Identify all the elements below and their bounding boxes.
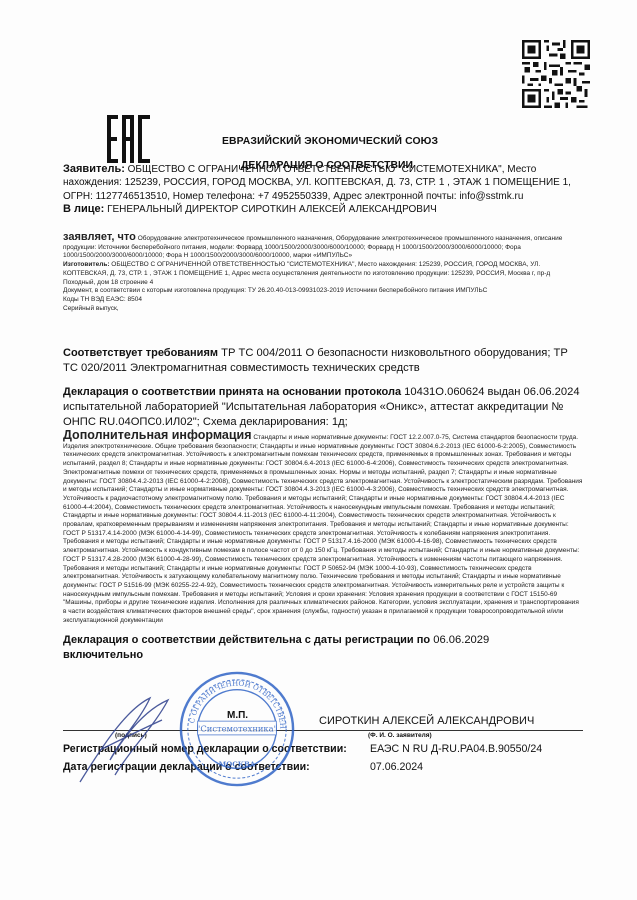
validity-suffix: включительно (63, 649, 143, 661)
applicant-text: ОБЩЕСТВО С ОГРАНИЧЕННОЙ ОТВЕТСТВЕННОСТЬЮ… (63, 164, 571, 202)
registration-number: ЕАЭС N RU Д-RU.PA04.B.90550/24 (370, 743, 542, 755)
name-caption: (Ф. И. О. заявителя) (368, 732, 432, 739)
protocol-section: Декларация о соответствии принята на осн… (63, 385, 583, 430)
qr-code-icon (522, 40, 590, 108)
product-description: Оборудование электротехническое промышле… (63, 235, 562, 259)
registration-date: 07.06.2024 (370, 761, 423, 773)
serial-release: Серийный выпуск, (63, 305, 119, 312)
manufacturing-document: Документ, в соответствии с которым изгот… (63, 287, 487, 294)
svg-text:МОСКВА: МОСКВА (219, 760, 256, 768)
company-seal-icon: С ОГРАНИЧЕННОЙ ОТВЕТСТВЕННОСТЬЮ "Системо… (178, 670, 296, 788)
declaration-page: ЕВРАЗИЙСКИЙ ЭКОНОМИЧЕСКИЙ СОЮЗ ДЕКЛАРАЦИ… (0, 0, 637, 900)
represented-label: В лице: (63, 203, 104, 215)
eac-mark-icon (107, 115, 151, 163)
conformity-label: Соответствует требованиям (63, 347, 218, 359)
declaration-section: заявляет, что Оборудование электротехнич… (63, 233, 583, 313)
svg-text:С ОГРАНИЧЕННОЙ ОТВЕТСТВЕННОСТЬ: С ОГРАНИЧЕННОЙ ОТВЕТСТВЕННОСТЬЮ (178, 670, 287, 729)
validity-date: 06.06.2029 (433, 634, 489, 646)
additional-info-label: Дополнительная информация (63, 428, 252, 442)
applicant-label: Заявитель: (63, 163, 125, 175)
declares-label: заявляет, что (63, 231, 136, 243)
union-title: ЕВРАЗИЙСКИЙ ЭКОНОМИЧЕСКИЙ СОЮЗ (222, 136, 438, 147)
applicant-section: Заявитель: ОБЩЕСТВО С ОГРАНИЧЕННОЙ ОТВЕТ… (63, 163, 583, 216)
protocol-label: Декларация о соответствии принята на осн… (63, 386, 401, 398)
additional-info-section: Дополнительная информация Стандарты и ин… (63, 431, 583, 625)
handwritten-signature-icon (70, 690, 180, 790)
represented-text: ГЕНЕРАЛЬНЫЙ ДИРЕКТОР СИРОТКИН АЛЕКСЕЙ АЛ… (107, 204, 437, 215)
conformity-section: Соответствует требованиям ТР ТС 004/2011… (63, 346, 583, 376)
additional-info-text: Стандарты и иные нормативные документы: … (63, 434, 582, 624)
manufacturer-label: Изготовитель: (63, 261, 109, 268)
svg-text:"Системотехника": "Системотехника" (197, 723, 278, 733)
validity-section: Декларация о соответствии действительна … (63, 633, 583, 663)
signer-name: СИРОТКИН АЛЕКСЕЙ АЛЕКСАНДРОВИЧ (319, 715, 534, 727)
hs-codes: Коды ТН ВЭД ЕАЭС: 8504 (63, 296, 142, 303)
manufacturer-text: ОБЩЕСТВО С ОГРАНИЧЕННОЙ ОТВЕТСТВЕННОСТЬЮ… (63, 261, 550, 285)
validity-label: Декларация о соответствии действительна … (63, 634, 430, 646)
